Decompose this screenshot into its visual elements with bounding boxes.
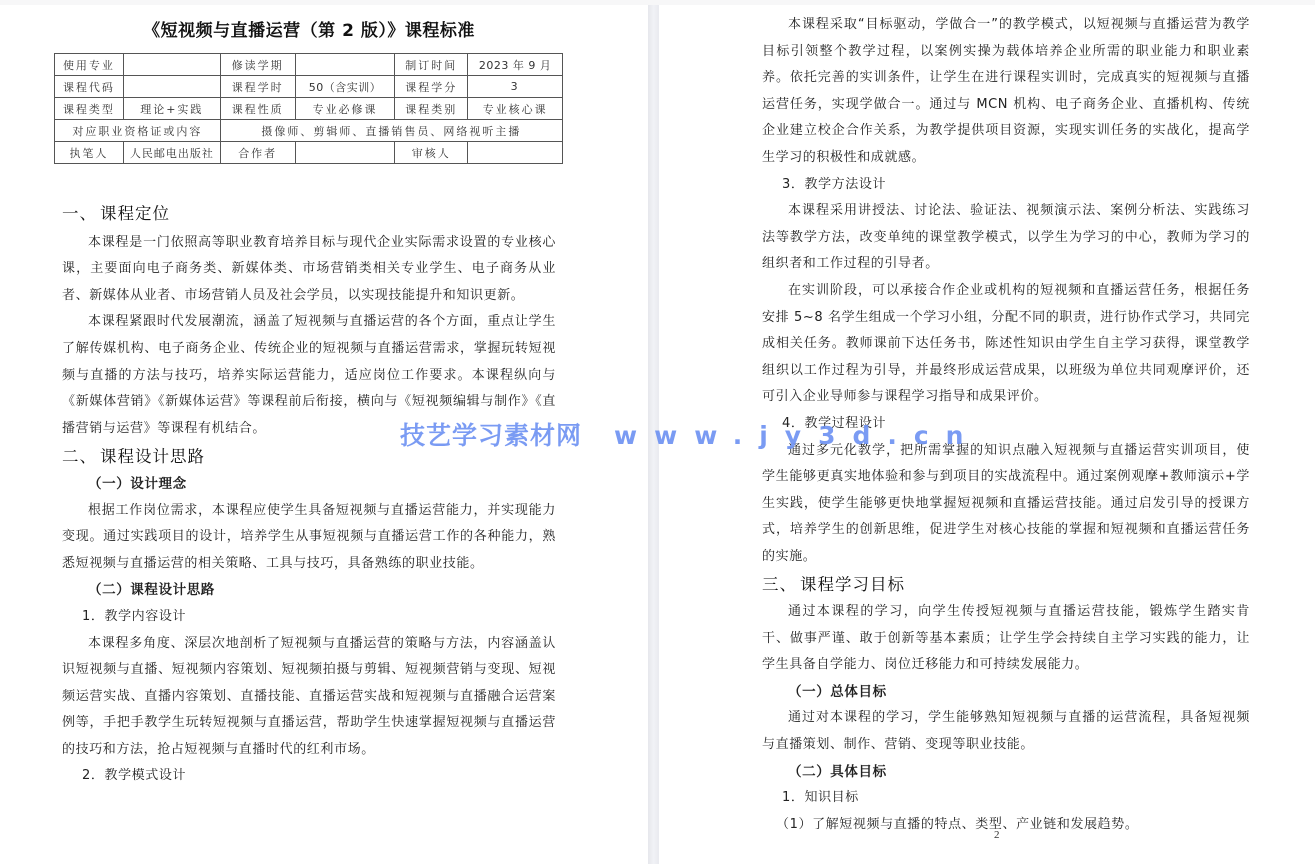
table-cell xyxy=(295,142,395,164)
paragraph: 根据工作岗位需求，本课程应使学生具备短视频与直播运营能力，并实现能力变现。通过实… xyxy=(62,498,556,578)
paragraph: 在实训阶段，可以承接合作企业或机构的短视频和直播运营任务，根据任务安排 5~8 … xyxy=(762,278,1250,411)
table-cell: 3 xyxy=(468,76,563,98)
table-cell xyxy=(123,54,220,76)
section-heading-1: 一、课程定位 xyxy=(62,201,556,228)
table-row: 执笔人 人民邮电出版社 合作者 审核人 xyxy=(55,142,563,164)
table-cell: 课程代码 xyxy=(55,76,124,98)
paragraph: 通过本课程的学习，向学生传授短视频与直播运营技能，锻炼学生踏实肯干、做事严谨、敢… xyxy=(762,599,1250,679)
table-row: 使用专业 修读学期 制订时间 2023 年 9 月 xyxy=(55,54,563,76)
paragraph: 通过对本课程的学习，学生能够熟知短视频与直播的运营流程，具备短视频与直播策划、制… xyxy=(762,705,1250,758)
table-cell: 50（含实训） xyxy=(295,76,395,98)
subsection-heading: （一）总体目标 xyxy=(762,679,1250,706)
paragraph: 本课程多角度、深层次地剖析了短视频与直播运营的策略与方法，内容涵盖认识短视频与直… xyxy=(62,631,556,764)
table-cell: 2023 年 9 月 xyxy=(468,54,563,76)
section-title: 课程定位 xyxy=(100,204,170,223)
table-cell: 摄像师、剪辑师、直播销售员、网络视听主播 xyxy=(220,120,562,142)
table-cell: 课程类别 xyxy=(395,98,468,120)
watermark-url: www.jy3d.cn xyxy=(614,421,980,450)
table-cell: 人民邮电出版社 xyxy=(123,142,220,164)
left-page-body: 一、课程定位 本课程是一门依照高等职业教育培养目标与现代企业实际需求设置的专业核… xyxy=(62,201,556,790)
paragraph: 本课程采取“目标驱动，学做合一”的教学模式，以短视频与直播运营为教学目标引领整个… xyxy=(762,12,1250,172)
page-number: 2 xyxy=(994,829,1000,841)
section-title: 课程学习目标 xyxy=(800,575,905,594)
table-cell: 制订时间 xyxy=(395,54,468,76)
section-number: 三、 xyxy=(762,572,800,599)
subsection-heading: （二）课程设计思路 xyxy=(62,577,556,604)
table-cell: 修读学期 xyxy=(220,54,295,76)
section-heading-3: 三、课程学习目标 xyxy=(762,572,1250,599)
section-number: 一、 xyxy=(62,201,100,228)
list-item: （1）了解短视频与直播的特点、类型、产业链和发展趋势。 xyxy=(762,812,1250,839)
subsection-heading: （二）具体目标 xyxy=(762,759,1250,786)
table-cell xyxy=(468,142,563,164)
item-heading: 2．教学模式设计 xyxy=(62,763,556,790)
course-info-table: 使用专业 修读学期 制订时间 2023 年 9 月 课程代码 课程学时 50（含… xyxy=(54,53,563,164)
table-cell: 使用专业 xyxy=(55,54,124,76)
table-cell: 课程学分 xyxy=(395,76,468,98)
paragraph: 本课程是一门依照高等职业教育培养目标与现代企业实际需求设置的专业核心课，主要面向… xyxy=(62,230,556,310)
paragraph: 通过多元化教学，把所需掌握的知识点融入短视频与直播运营实训项目，使学生能够更真实… xyxy=(762,438,1250,571)
watermark: 技艺学习素材网www.jy3d.cn xyxy=(400,416,980,452)
table-row: 对应职业资格证或内容 摄像师、剪辑师、直播销售员、网络视听主播 xyxy=(55,120,563,142)
item-heading: 3．教学方法设计 xyxy=(762,172,1250,199)
table-cell xyxy=(123,76,220,98)
table-cell: 课程性质 xyxy=(220,98,295,120)
section-number: 二、 xyxy=(62,444,100,471)
table-cell: 课程类型 xyxy=(55,98,124,120)
table-row: 课程类型 理论+实践 课程性质 专业必修课 课程类别 专业核心课 xyxy=(55,98,563,120)
document-title: 《短视频与直播运营（第 2 版）》课程标准 xyxy=(54,16,564,41)
table-cell: 对应职业资格证或内容 xyxy=(55,120,221,142)
table-cell: 理论+实践 xyxy=(123,98,220,120)
table-cell: 合作者 xyxy=(220,142,295,164)
table-cell: 专业必修课 xyxy=(295,98,395,120)
table-cell: 专业核心课 xyxy=(468,98,563,120)
item-heading: 1．知识目标 xyxy=(762,785,1250,812)
watermark-text: 技艺学习素材网 xyxy=(400,421,582,450)
subsection-heading: （一）设计理念 xyxy=(62,471,556,498)
paragraph: 本课程采用讲授法、讨论法、验证法、视频演示法、案例分析法、实践练习法等教学方法，… xyxy=(762,198,1250,278)
item-heading: 1．教学内容设计 xyxy=(62,604,556,631)
table-row: 课程代码 课程学时 50（含实训） 课程学分 3 xyxy=(55,76,563,98)
table-cell: 课程学时 xyxy=(220,76,295,98)
table-cell: 执笔人 xyxy=(55,142,124,164)
section-title: 课程设计思路 xyxy=(100,447,205,466)
table-cell xyxy=(295,54,395,76)
table-cell: 审核人 xyxy=(395,142,468,164)
